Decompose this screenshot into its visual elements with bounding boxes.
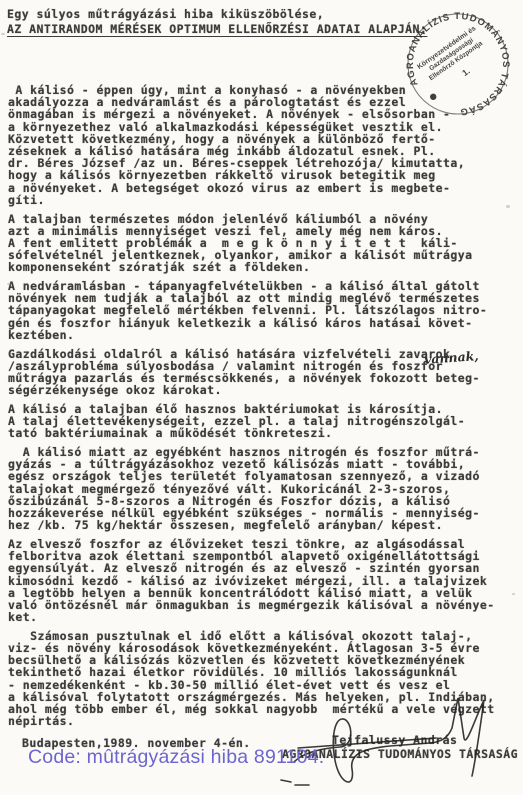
scan-speck [1,33,5,35]
body-paragraph: A talajban természetes módon jelenlévő k… [8,213,512,274]
signature-scrawl [278,688,523,792]
document-title: Egy súlyos műtrágyázási hiba kiküszöbölé… [7,8,427,20]
scan-speck [506,205,510,208]
body-paragraph: Az elvesző foszfor az élővizeket teszi t… [8,538,512,623]
body-paragraph: A nedváramlásban - tápanyagfelvételükben… [8,280,512,341]
scan-speck [512,593,515,595]
body-paragraph: A kálisó miatt az egyébként hasznos nitr… [8,446,512,531]
scan-speck [7,283,12,285]
stamp-center-number: 1. [460,66,472,78]
document-header: Egy súlyos műtrágyázási hiba kiküszöbölé… [7,8,427,35]
document-subtitle: AZ ANTIRANDOM MÉRÉSEK OPTIMUM ELLENŐRZÉS… [7,23,427,35]
document-page: Egy súlyos műtrágyázási hiba kiküszöbölé… [0,0,523,795]
document-body: A kálisó - éppen úgy, mint a konyhasó - … [8,84,512,734]
code-annotation: Code: mûtrágyázási hiba 891104. [28,746,324,769]
body-paragraph: A kálisó - éppen úgy, mint a konyhasó - … [8,84,512,206]
body-paragraph: A kálisó a talajban élő hasznos baktériu… [8,403,512,440]
